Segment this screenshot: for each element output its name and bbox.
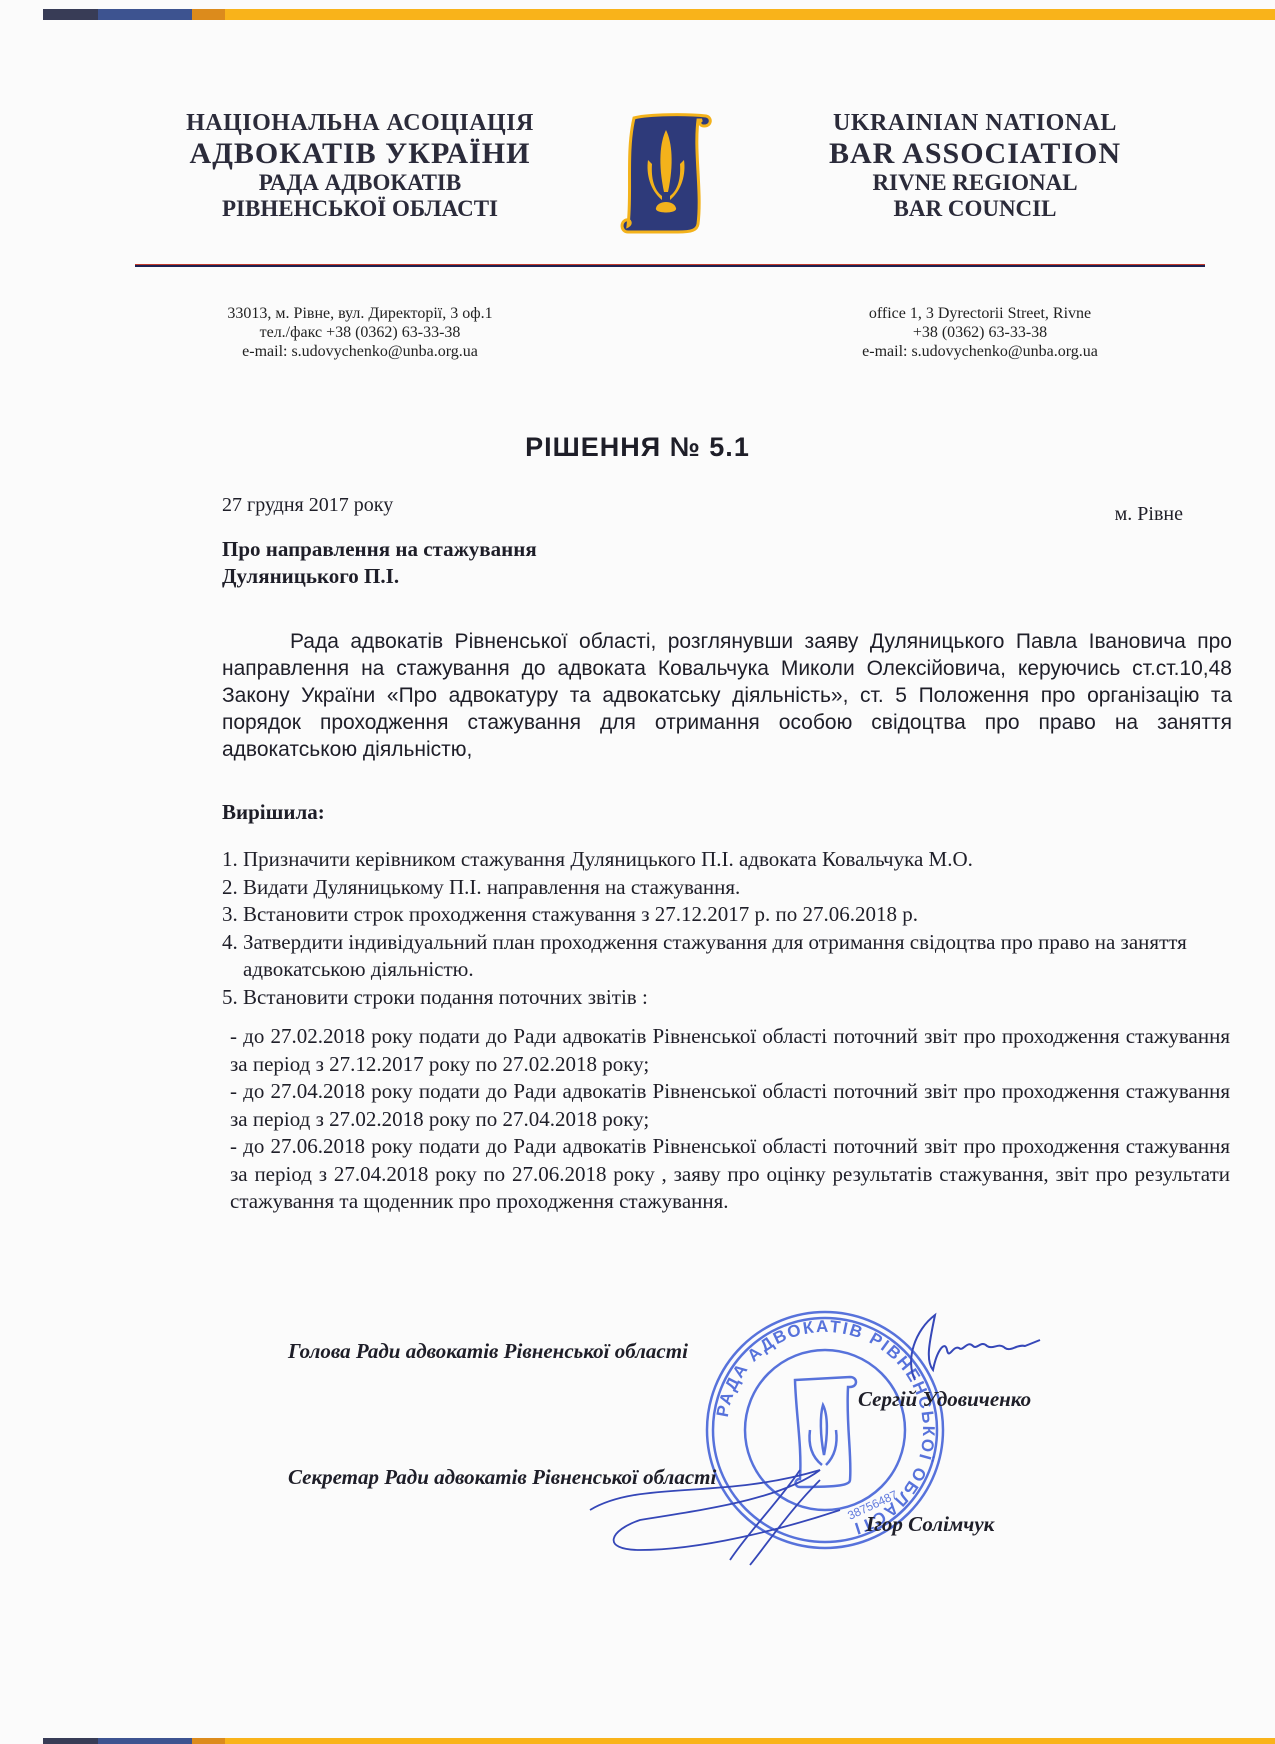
org-name-en-line2: BAR ASSOCIATION <box>800 137 1150 171</box>
decision-item: 2.Видати Дуляницькому П.І. направлення н… <box>222 874 1232 902</box>
decided-label: Вирішила: <box>222 800 325 825</box>
scroll-trident-quill-icon <box>618 112 714 236</box>
decision-item: 5.Встановити строки подання поточних зві… <box>222 984 1232 1012</box>
secretary-role: Секретар Ради адвокатів Рівненської обла… <box>288 1465 716 1490</box>
org-name-en-line1: UKRAINIAN NATIONAL <box>800 110 1150 137</box>
letterhead-ukrainian: НАЦІОНАЛЬНА АСОЦІАЦІЯ АДВОКАТІВ УКРАЇНИ … <box>150 110 570 222</box>
letterhead-english: UKRAINIAN NATIONAL BAR ASSOCIATION RIVNE… <box>800 110 1150 222</box>
chair-signature <box>875 1310 1055 1390</box>
report-deadlines: - до 27.02.2018 року подати до Ради адво… <box>230 1023 1230 1216</box>
email-ua: e-mail: s.udovychenko@unba.org.ua <box>180 342 540 361</box>
document-subject: Про направлення на стажування Дуляницько… <box>222 536 537 590</box>
bar-segment-yellow <box>225 9 1275 20</box>
council-name-en-line1: RIVNE REGIONAL <box>800 170 1150 196</box>
address-ua: 33013, м. Рівне, вул. Директорії, 3 оф.1 <box>180 304 540 323</box>
bar-segment-orange <box>192 1738 225 1744</box>
document-title: РІШЕННЯ № 5.1 <box>0 432 1275 463</box>
header-divider <box>135 264 1205 267</box>
decision-item: 3.Встановити строк проходження стажуванн… <box>222 901 1232 929</box>
preamble-text: Рада адвокатів Рівненської області, розг… <box>222 630 1232 761</box>
document-date: 27 грудня 2017 року <box>222 494 393 517</box>
secretary-name: Ігор Солімчук <box>866 1512 994 1537</box>
contact-block-ukrainian: 33013, м. Рівне, вул. Директорії, 3 оф.1… <box>180 304 540 361</box>
decision-items: 1.Призначити керівником стажування Дулян… <box>222 846 1232 1011</box>
bar-segment-blue <box>98 1738 192 1744</box>
chair-role: Голова Ради адвокатів Рівненської област… <box>288 1339 688 1364</box>
report-deadline-item: - до 27.04.2018 року подати до Ради адво… <box>230 1078 1230 1133</box>
subject-line1: Про направлення на стажування <box>222 536 537 563</box>
report-deadline-item: - до 27.02.2018 року подати до Ради адво… <box>230 1023 1230 1078</box>
report-deadline-item: - до 27.06.2018 року подати до Ради адво… <box>230 1133 1230 1216</box>
org-name-line1: НАЦІОНАЛЬНА АСОЦІАЦІЯ <box>150 110 570 137</box>
bar-segment-orange <box>192 9 225 20</box>
preamble-paragraph: Рада адвокатів Рівненської області, розг… <box>222 628 1232 763</box>
bar-segment-navy <box>43 9 98 20</box>
bar-segment-blue <box>98 9 192 20</box>
decision-item: 4.Затвердити індивідуальний план проходж… <box>222 929 1232 984</box>
contact-block-english: office 1, 3 Dyrectorii Street, Rivne +38… <box>820 304 1140 361</box>
org-name-line2: АДВОКАТІВ УКРАЇНИ <box>150 137 570 171</box>
phone-en: +38 (0362) 63-33-38 <box>820 323 1140 342</box>
document-city: м. Рівне <box>1115 503 1183 526</box>
bar-segment-yellow <box>225 1738 1275 1744</box>
phone-ua: тел./факс +38 (0362) 63-33-38 <box>180 323 540 342</box>
address-en: office 1, 3 Dyrectorii Street, Rivne <box>820 304 1140 323</box>
email-en: e-mail: s.udovychenko@unba.org.ua <box>820 342 1140 361</box>
footer-color-bar <box>43 1738 1275 1744</box>
council-name-line2: РІВНЕНСЬКОЇ ОБЛАСТІ <box>150 196 570 222</box>
subject-line2: Дуляницького П.І. <box>222 563 537 590</box>
council-name-en-line2: BAR COUNCIL <box>800 196 1150 222</box>
council-name-line1: РАДА АДВОКАТІВ <box>150 170 570 196</box>
chair-name: Сергій Удовиченко <box>858 1387 1031 1412</box>
decision-item: 1.Призначити керівником стажування Дулян… <box>222 846 1232 874</box>
bar-segment-navy <box>43 1738 98 1744</box>
letterhead-color-bar <box>43 9 1275 20</box>
